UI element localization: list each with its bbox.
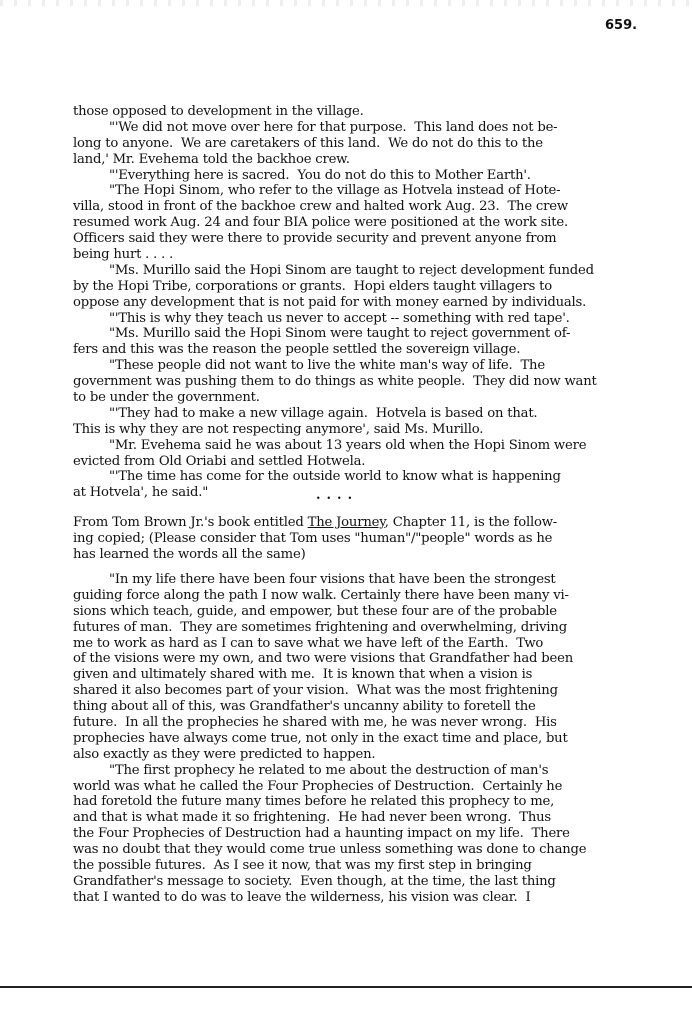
text-line: Officers said they were there to provide… bbox=[73, 231, 653, 247]
text-line: "Ms. Murillo said the Hopi Sinom were ta… bbox=[73, 326, 653, 342]
text-line: shared it also becomes part of your visi… bbox=[73, 683, 653, 699]
intro-line-2: ing copied; (Please consider that Tom us… bbox=[73, 531, 653, 547]
text-line: oppose any development that is not paid … bbox=[73, 295, 653, 311]
text-line: "Mr. Evehema said he was about 13 years … bbox=[73, 438, 653, 454]
text-line: at Hotvela', he said." bbox=[73, 485, 653, 501]
text-line: government was pushing them to do things… bbox=[73, 374, 653, 390]
text-line: "Ms. Murillo said the Hopi Sinom are tau… bbox=[73, 263, 653, 279]
text-line: was no doubt that they would come true u… bbox=[73, 842, 653, 858]
book-title: The Journey bbox=[308, 515, 385, 530]
text-line: This is why they are not respecting anym… bbox=[73, 422, 653, 438]
text-line: of the visions were my own, and two were… bbox=[73, 651, 653, 667]
intro-line-1: From Tom Brown Jr.'s book entitled The J… bbox=[73, 515, 653, 531]
text-line: me to work as hard as I can to save what… bbox=[73, 636, 653, 652]
text-line: land,' Mr. Evehema told the backhoe crew… bbox=[73, 152, 653, 168]
text-line: also exactly as they were predicted to h… bbox=[73, 747, 653, 763]
text-line: those opposed to development in the vill… bbox=[73, 104, 653, 120]
text-line: villa, stood in front of the backhoe cre… bbox=[73, 199, 653, 215]
text-line: "'This is why they teach us never to acc… bbox=[73, 311, 653, 327]
text-line: "The Hopi Sinom, who refer to the villag… bbox=[73, 183, 653, 199]
text-line: that I wanted to do was to leave the wil… bbox=[73, 890, 653, 906]
intro-line-3: has learned the words all the same) bbox=[73, 547, 653, 563]
text-line: "'They had to make a new village again. … bbox=[73, 406, 653, 422]
page-bottom-rule bbox=[0, 986, 692, 988]
text-line: "In my life there have been four visions… bbox=[73, 572, 653, 588]
text-line: "'We did not move over here for that pur… bbox=[73, 120, 653, 136]
text-line: fers and this was the reason the people … bbox=[73, 342, 653, 358]
text-line: given and ultimately shared with me. It … bbox=[73, 667, 653, 683]
text-line: thing about all of this, was Grandfather… bbox=[73, 699, 653, 715]
text-line: futures of man. They are sometimes frigh… bbox=[73, 620, 653, 636]
text-line: Grandfather's message to society. Even t… bbox=[73, 874, 653, 890]
text-line: the Four Prophecies of Destruction had a… bbox=[73, 826, 653, 842]
text-line: evicted from Old Oriabi and settled Hotw… bbox=[73, 454, 653, 470]
text-line: sions which teach, guide, and empower, b… bbox=[73, 604, 653, 620]
text-line: prophecies have always come true, not on… bbox=[73, 731, 653, 747]
book-intro: From Tom Brown Jr.'s book entitled The J… bbox=[73, 515, 653, 563]
text-line: "The first prophecy he related to me abo… bbox=[73, 763, 653, 779]
page-number: 659. bbox=[605, 18, 637, 33]
text-line: had foretold the future many times befor… bbox=[73, 794, 653, 810]
section-separator: .... bbox=[316, 488, 358, 503]
text-line: to be under the government. bbox=[73, 390, 653, 406]
book-quote: "In my life there have been four visions… bbox=[73, 572, 653, 906]
scan-artifact bbox=[0, 0, 692, 6]
text-line: long to anyone. We are caretakers of thi… bbox=[73, 136, 653, 152]
text-line: being hurt . . . . bbox=[73, 247, 653, 263]
text-line: guiding force along the path I now walk.… bbox=[73, 588, 653, 604]
news-excerpt: those opposed to development in the vill… bbox=[73, 104, 653, 501]
text-line: the possible futures. As I see it now, t… bbox=[73, 858, 653, 874]
text-line: "These people did not want to live the w… bbox=[73, 358, 653, 374]
text-line: "'Everything here is sacred. You do not … bbox=[73, 168, 653, 184]
text-line: by the Hopi Tribe, corporations or grant… bbox=[73, 279, 653, 295]
text-line: future. In all the prophecies he shared … bbox=[73, 715, 653, 731]
text-line: resumed work Aug. 24 and four BIA police… bbox=[73, 215, 653, 231]
text-line: and that is what made it so frightening.… bbox=[73, 810, 653, 826]
text-line: "'The time has come for the outside worl… bbox=[73, 469, 653, 485]
text-line: world was what he called the Four Prophe… bbox=[73, 779, 653, 795]
